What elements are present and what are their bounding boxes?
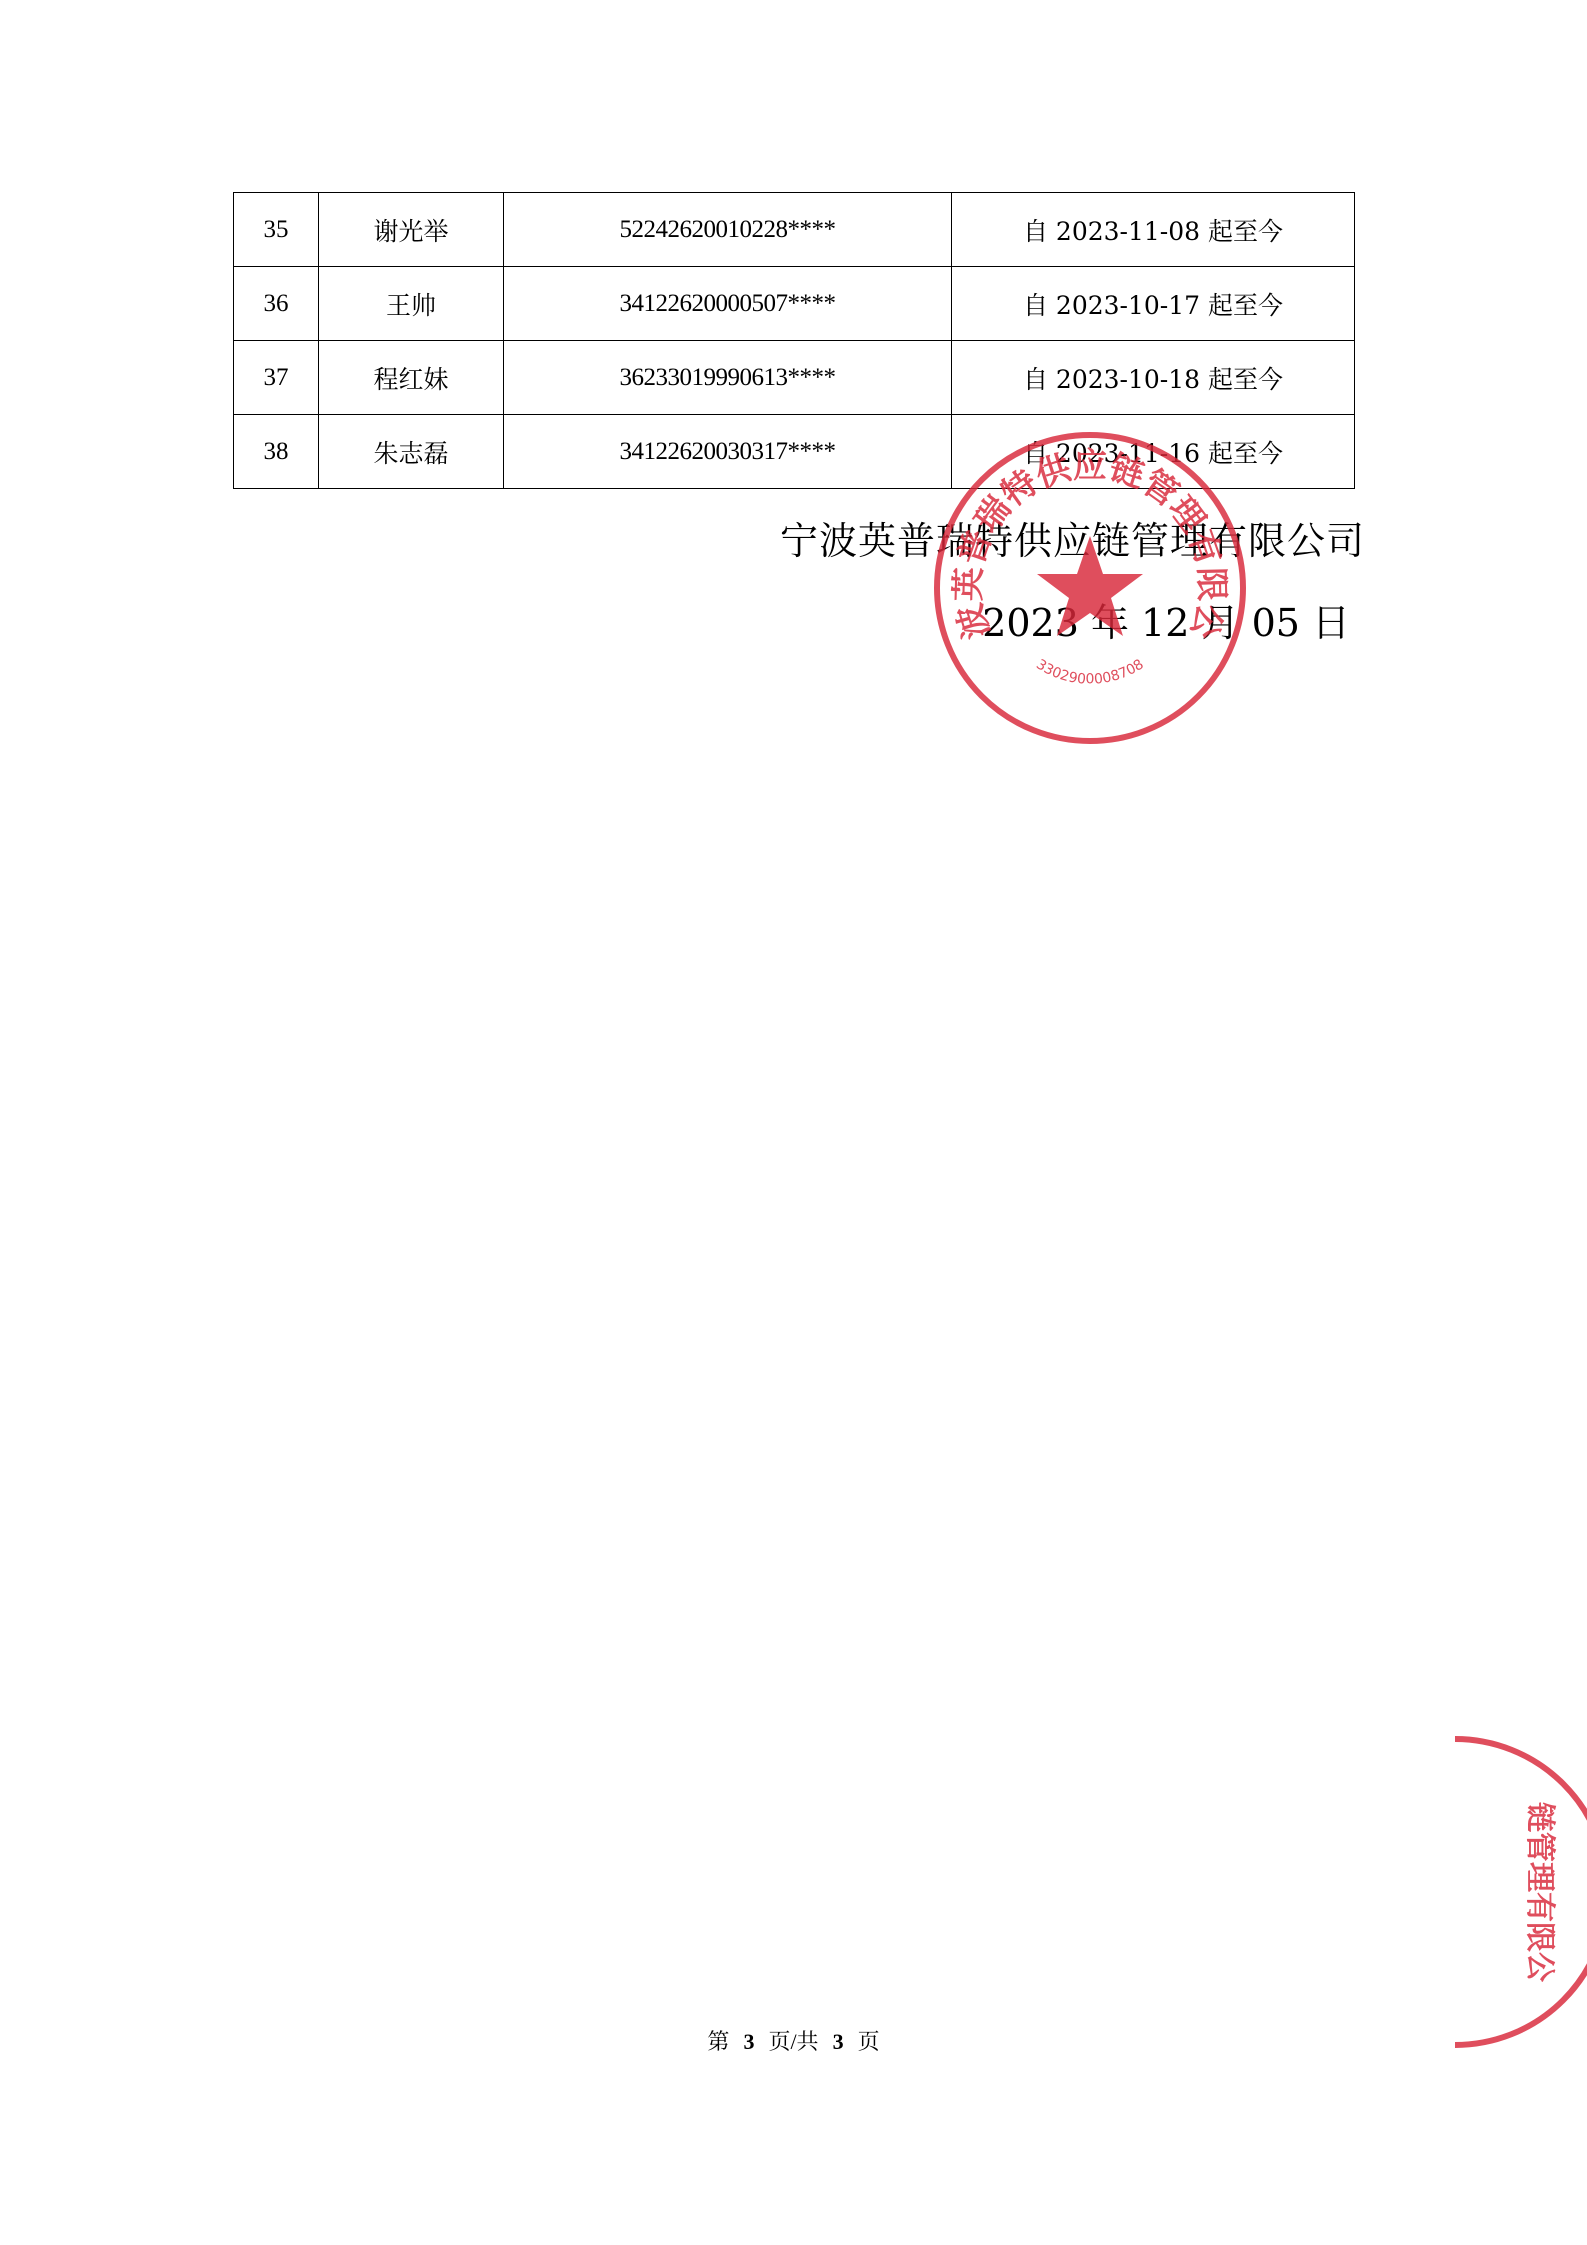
employee-name: 程红妹 <box>319 341 504 415</box>
employee-name: 王帅 <box>319 267 504 341</box>
employment-period: 自 2023-10-18 起至今 <box>952 341 1355 415</box>
employee-table: 35谢光举52242620010228****自 2023-11-08 起至今3… <box>233 192 1355 489</box>
row-number: 37 <box>234 341 319 415</box>
employee-name: 谢光举 <box>319 193 504 267</box>
id-number: 52242620010228**** <box>504 193 952 267</box>
table-row: 38朱志磊34122620030317****自 2023-11-16 起至今 <box>234 415 1355 489</box>
id-number: 36233019990613**** <box>504 341 952 415</box>
page-total: 3 <box>833 2029 844 2054</box>
row-number: 38 <box>234 415 319 489</box>
employee-name: 朱志磊 <box>319 415 504 489</box>
signature-date: 2023 年 12 月 05 日 <box>900 592 1350 647</box>
id-number: 34122620030317**** <box>504 415 952 489</box>
table-row: 35谢光举52242620010228****自 2023-11-08 起至今 <box>234 193 1355 267</box>
employment-period: 自 2023-11-08 起至今 <box>952 193 1355 267</box>
company-name: 宁波英普瑞特供应链管理有限公司 <box>780 510 1350 565</box>
svg-text:链管理有限公: 链管理有限公 <box>1522 1802 1557 1982</box>
page-number: 3 <box>743 2029 754 2054</box>
page-seam-seal-icon: 链管理有限公 <box>1455 1732 1587 2052</box>
employment-period: 自 2023-11-16 起至今 <box>952 415 1355 489</box>
employment-period: 自 2023-10-17 起至今 <box>952 267 1355 341</box>
table-row: 37程红妹36233019990613****自 2023-10-18 起至今 <box>234 341 1355 415</box>
row-number: 35 <box>234 193 319 267</box>
svg-text:3302900008708: 3302900008708 <box>1033 656 1146 687</box>
page-footer: 第3页/共3页 <box>0 2025 1587 2056</box>
table-row: 36王帅34122620000507****自 2023-10-17 起至今 <box>234 267 1355 341</box>
id-number: 34122620000507**** <box>504 267 952 341</box>
row-number: 36 <box>234 267 319 341</box>
